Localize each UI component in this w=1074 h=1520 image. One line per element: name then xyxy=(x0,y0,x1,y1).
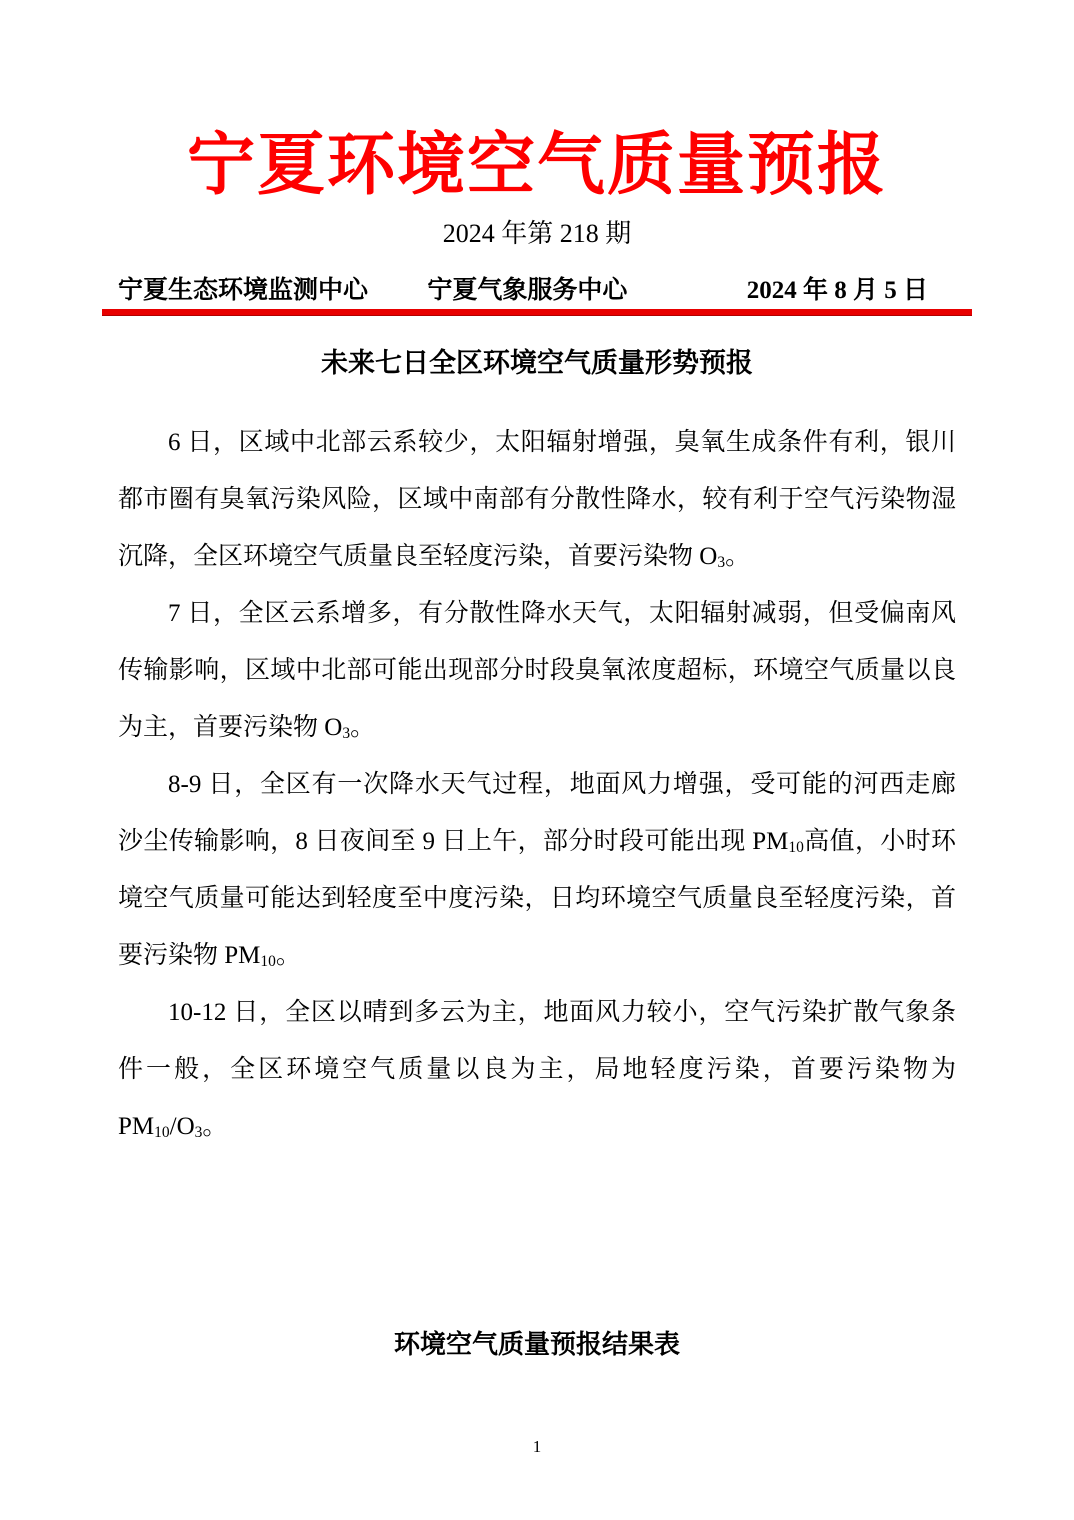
issue-date: 2024 年 8 月 5 日 xyxy=(747,275,928,307)
result-table-heading: 环境空气质量预报结果表 xyxy=(0,1327,1074,1363)
masthead-row: 宁夏生态环境监测中心 宁夏气象服务中心 2024 年 8 月 5 日 xyxy=(0,275,1074,307)
issuer-center-label: 宁夏气象服务中心 xyxy=(427,275,627,307)
issue-number: 2024 年第 218 期 xyxy=(0,217,1074,251)
document-title: 宁夏环境空气质量预报 xyxy=(0,125,1074,205)
paragraph-day-10-12: 10-12 日，全区以晴到多云为主，地面风力较小，空气污染扩散气象条件一般，全区… xyxy=(118,984,956,1155)
section-heading: 未来七日全区环境空气质量形势预报 xyxy=(0,345,1074,381)
page-number: 1 xyxy=(0,1436,1074,1458)
document-page: 宁夏环境空气质量预报 2024 年第 218 期 宁夏生态环境监测中心 宁夏气象… xyxy=(0,0,1074,1520)
forecast-body: 6 日，区域中北部云系较少，太阳辐射增强，臭氧生成条件有利，银川都市圈有臭氧污染… xyxy=(0,414,1074,1155)
paragraph-day-7: 7 日，全区云系增多，有分散性降水天气，太阳辐射减弱，但受偏南风传输影响，区域中… xyxy=(118,585,956,756)
paragraph-day-8-9: 8-9 日，全区有一次降水天气过程，地面风力增强，受可能的河西走廊沙尘传输影响，… xyxy=(118,756,956,984)
paragraph-day-6: 6 日，区域中北部云系较少，太阳辐射增强，臭氧生成条件有利，银川都市圈有臭氧污染… xyxy=(118,414,956,585)
red-divider-line xyxy=(102,309,972,316)
issuer-left-label: 宁夏生态环境监测中心 xyxy=(118,275,368,307)
